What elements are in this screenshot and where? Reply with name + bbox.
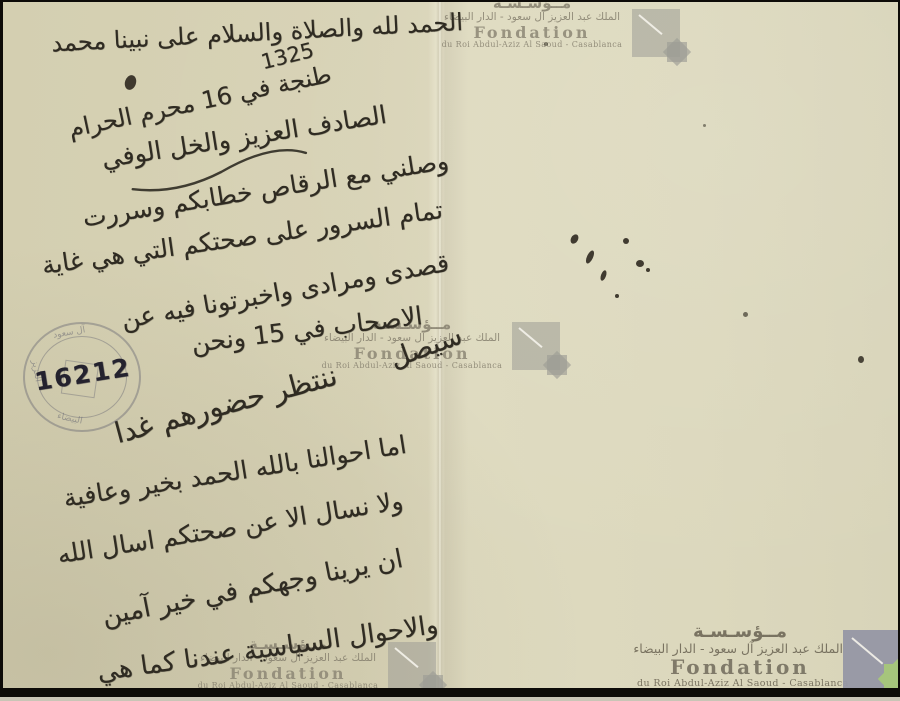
watermark-org-subtitle-french: du Roi Abdul-Aziz Al Saoud - Casablanca: [637, 679, 843, 688]
watermark-org-subtitle-arabic: الملك عبد العزيز آل سعود - الدار البيضاء: [637, 642, 843, 656]
letter-paper: مــؤسـسـة الملك عبد العزيز آل سعود - الد…: [3, 2, 898, 688]
ink-speck: [544, 42, 548, 46]
ink-speck: [569, 233, 580, 245]
foundation-logo-icon: [632, 9, 680, 57]
watermark-org-subtitle-arabic: الملك عبد العزيز آل سعود - الدار البيضاء: [438, 12, 626, 24]
ink-speck: [636, 260, 644, 267]
logo-diagonal-line: [638, 14, 662, 35]
watermark-org-name-french: Fondation: [438, 24, 626, 42]
ink-speck: [743, 312, 748, 317]
logo-eight-point-star-icon: [884, 664, 898, 688]
foundation-logo-icon: [388, 642, 436, 688]
watermark-org-subtitle-french: du Roi Abdul-Aziz Al Saoud - Casablanca: [438, 41, 626, 50]
archive-stamp: آل سعود البيضاء العزيز 16212: [23, 322, 141, 432]
ink-speck: [623, 238, 629, 244]
ink-blot: [123, 74, 138, 92]
ink-speck: [615, 294, 619, 298]
foundation-logo-icon: [843, 630, 898, 688]
ink-speck: [703, 124, 706, 127]
watermark-org-subtitle-french: du Roi Abdul-Aziz Al Saoud - Casablanca: [194, 682, 382, 688]
watermark-org-name-french: Fondation: [637, 656, 843, 678]
watermark-text-block: مــؤسـسـة الملك عبد العزيز آل سعود - الد…: [637, 622, 843, 688]
ink-speck: [599, 269, 607, 281]
handwritten-line: ان يرينا وجهكم في خير آمين: [100, 544, 406, 632]
ink-speck: [584, 249, 595, 264]
logo-diagonal-line: [394, 647, 418, 668]
watermark-org-name-arabic: مــؤسـسـة: [637, 622, 843, 642]
logo-eight-point-star-icon: [667, 42, 687, 62]
handwritten-line: ننتظر حضورهم غدا: [111, 358, 341, 450]
logo-eight-point-star-icon: [547, 355, 567, 375]
watermark-text-block: مــؤسـسـة الملك عبد العزيز آل سعود - الد…: [438, 2, 626, 50]
ink-speck: [646, 268, 650, 272]
logo-diagonal-line: [518, 327, 542, 348]
logo-diagonal-line: [851, 637, 883, 664]
scanned-letter-page: مــؤسـسـة الملك عبد العزيز آل سعود - الد…: [0, 0, 900, 701]
ink-speck: [858, 356, 864, 363]
handwritten-line-basmala: الحمد لله والصلاة والسلام على نبينا محمد: [50, 8, 463, 58]
logo-eight-point-star-icon: [423, 675, 443, 688]
foundation-logo-icon: [512, 322, 560, 370]
scan-bottom-edge: [0, 697, 900, 701]
